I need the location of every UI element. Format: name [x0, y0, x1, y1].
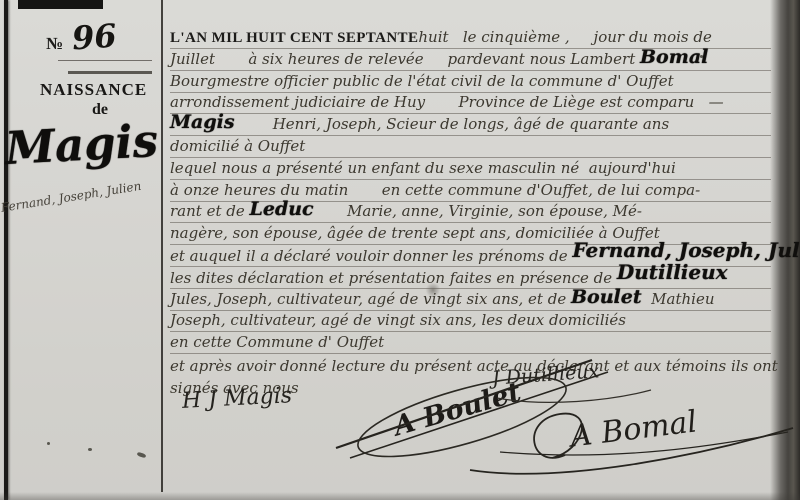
handwritten-text: à onze heures du matin en cette commune …: [170, 181, 700, 199]
handwritten-text: domicilié à Ouffet: [170, 137, 305, 155]
handwritten-text: et après avoir donné lecture du présent …: [170, 357, 778, 375]
handwritten-text: Marie, anne, Virginie, son épouse, Mé-: [314, 202, 642, 220]
handwritten-text: en cette Commune d' Ouffet: [170, 333, 384, 351]
act-line-13: Jules, Joseph, cultivateur, agé de vingt…: [170, 288, 771, 311]
act-line-2: Juillet à six heures de relevée pardevan…: [170, 48, 771, 71]
act-line-3: Bourgmestre officier public de l'état ci…: [170, 70, 771, 93]
act-line-15: en cette Commune d' Ouffet: [170, 331, 771, 354]
name-dutillieux: Dutillieux: [617, 260, 728, 284]
margin-surname: Magis: [0, 113, 170, 175]
handwritten-text: Juillet à six heures de relevée pardevan…: [170, 50, 640, 68]
act-line-5: Magis Henri, Joseph, Scieur de longs, âg…: [170, 113, 771, 136]
ink-speck: [137, 452, 147, 459]
act-line-4: arrondissement judiciaire de Huy Provinc…: [170, 91, 771, 114]
act-line-16: et après avoir donné lecture du présent …: [170, 355, 771, 377]
handwritten-text: arrondissement judiciaire de Huy Provinc…: [170, 93, 724, 111]
act-number-underline: [58, 60, 152, 61]
printed-form-text: L'AN MIL HUIT CENT SEPTANTE: [170, 30, 418, 46]
act-line-12: les dites déclaration et présentation fa…: [170, 266, 771, 289]
act-number-label: №: [46, 34, 63, 54]
handwritten-text: Henri, Joseph, Scieur de longs, âgé de q…: [235, 115, 670, 133]
ink-speck: [88, 448, 92, 451]
birth-certificate-scan: № 96 NAISSANCE de Magis Fernand, Joseph,…: [0, 0, 800, 500]
name-magis: Magis: [170, 111, 235, 133]
handwritten-text: Jules, Joseph, cultivateur, agé de vingt…: [170, 290, 571, 308]
act-line-9: rant et de Leduc Marie, anne, Virginie, …: [170, 200, 771, 223]
act-line-6: domicilié à Ouffet: [170, 135, 771, 158]
handwritten-text: Mathieu: [642, 290, 715, 308]
handwritten-text: les dites déclaration et présentation fa…: [170, 269, 617, 287]
name-leduc: Leduc: [250, 198, 314, 220]
scan-black-bar: [18, 0, 103, 9]
handwritten-text: Joseph, cultivateur, agé de vingt six an…: [170, 311, 626, 329]
handwritten-text: lequel nous a présenté un enfant du sexe…: [170, 159, 676, 177]
margin-divider-rule: [161, 0, 163, 492]
signature-magis: H J Magis: [181, 383, 292, 414]
handwritten-text: huit le cinquième , jour du mois de: [418, 28, 711, 46]
name-boulet: Boulet: [571, 286, 642, 308]
name-bomal: Bomal: [640, 46, 708, 68]
act-number-value: 96: [71, 16, 118, 57]
act-line-7: lequel nous a présenté un enfant du sexe…: [170, 157, 771, 180]
act-type-title: NAISSANCE: [40, 80, 147, 100]
margin-divider-bar: [68, 71, 152, 74]
signature-bomal: A Bomal: [568, 404, 699, 454]
act-line-14: Joseph, cultivateur, agé de vingt six an…: [170, 309, 771, 332]
handwritten-text: et auquel il a déclaré vouloir donner le…: [170, 247, 572, 265]
handwritten-text: rant et de: [170, 202, 250, 220]
name-given-names: Fernand, Joseph, Julien: [572, 238, 800, 262]
handwritten-text: Bourgmestre officier public de l'état ci…: [170, 72, 674, 90]
scan-edge-bottom: [0, 492, 800, 500]
scan-edge-left: [4, 0, 8, 500]
margin-given-names: Fernand, Joseph, Julien: [0, 175, 165, 215]
ink-speck: [47, 442, 50, 445]
